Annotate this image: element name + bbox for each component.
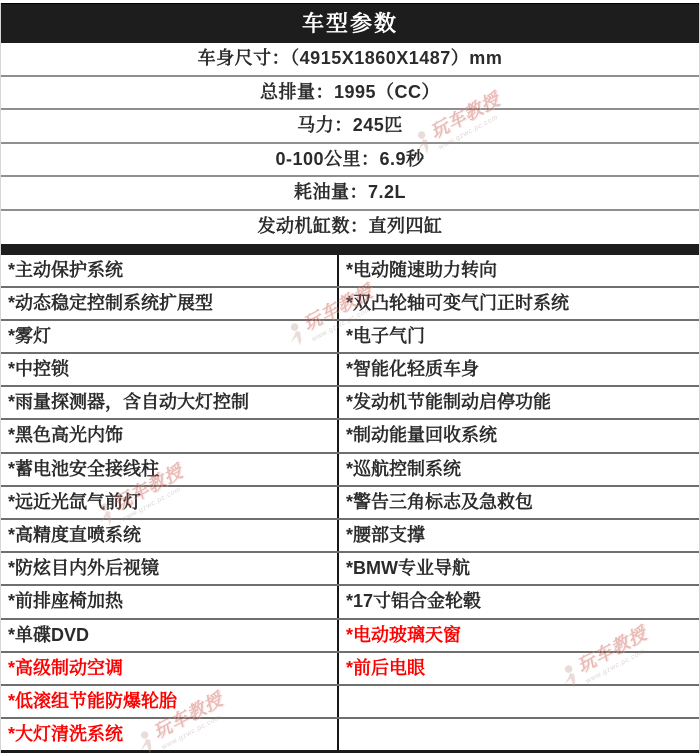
feature-cell-right — [339, 719, 699, 750]
feature-cell-left: *动态稳定控制系统扩展型 — [1, 288, 339, 319]
feature-cell-right: *警告三角标志及急救包 — [339, 487, 699, 518]
feature-cell-left: *高级制动空调 — [1, 653, 339, 684]
feature-cell-right: *双凸轮轴可变气门正时系统 — [339, 288, 699, 319]
feature-row: *蓄电池安全接线柱*巡航控制系统 — [1, 454, 699, 487]
feature-cell-left: *低滚组节能防爆轮胎 — [1, 686, 339, 717]
feature-row: *前排座椅加热*17寸铝合金轮毂 — [1, 586, 699, 619]
feature-cell-left: *雾灯 — [1, 321, 339, 352]
spec-row: 耗油量：7.2L — [1, 177, 699, 211]
feature-row: *主动保护系统*电动随速助力转向 — [1, 255, 699, 288]
section-divider — [1, 244, 699, 255]
feature-row: *动态稳定控制系统扩展型*双凸轮轴可变气门正时系统 — [1, 288, 699, 321]
spec-row: 发动机缸数：直列四缸 — [1, 211, 699, 244]
feature-cell-left: *远近光氙气前灯 — [1, 487, 339, 518]
feature-table: *主动保护系统*电动随速助力转向*动态稳定控制系统扩展型*双凸轮轴可变气门正时系… — [1, 255, 699, 754]
feature-cell-right: *17寸铝合金轮毂 — [339, 586, 699, 617]
feature-cell-right: *电动随速助力转向 — [339, 255, 699, 286]
feature-row: *防炫目内外后视镜*BMW专业导航 — [1, 553, 699, 586]
feature-row: *雾灯*电子气门 — [1, 321, 699, 354]
feature-cell-right: *前后电眼 — [339, 653, 699, 684]
spec-row: 马力：245匹 — [1, 110, 699, 144]
feature-cell-right: *发动机节能制动启停功能 — [339, 387, 699, 418]
feature-cell-right — [339, 686, 699, 717]
feature-cell-left: *中控锁 — [1, 354, 339, 385]
feature-cell-left: *蓄电池安全接线柱 — [1, 454, 339, 485]
feature-row: *低滚组节能防爆轮胎 — [1, 686, 699, 719]
feature-row: *高级制动空调*前后电眼 — [1, 653, 699, 686]
feature-cell-right: *电子气门 — [339, 321, 699, 352]
feature-cell-right: *智能化轻质车身 — [339, 354, 699, 385]
feature-row: *大灯清洗系统 — [1, 719, 699, 753]
feature-cell-left: *黑色高光内饰 — [1, 420, 339, 451]
spec-sheet: 车型参数 车身尺寸：（4915X1860X1487）mm总排量：1995（CC）… — [0, 3, 700, 753]
feature-row: *高精度直喷系统*腰部支撑 — [1, 520, 699, 553]
feature-cell-left: *大灯清洗系统 — [1, 719, 339, 750]
feature-row: *雨量探测器，含自动大灯控制*发动机节能制动启停功能 — [1, 387, 699, 420]
feature-row: *黑色高光内饰*制动能量回收系统 — [1, 420, 699, 453]
spec-section: 车身尺寸：（4915X1860X1487）mm总排量：1995（CC）马力：24… — [1, 43, 699, 244]
feature-cell-right: *电动玻璃天窗 — [339, 620, 699, 651]
feature-cell-right: *巡航控制系统 — [339, 454, 699, 485]
spec-row: 总排量：1995（CC） — [1, 77, 699, 111]
feature-cell-left: *雨量探测器，含自动大灯控制 — [1, 387, 339, 418]
feature-cell-left: *高精度直喷系统 — [1, 520, 339, 551]
table-title: 车型参数 — [1, 3, 699, 43]
feature-cell-left: *单碟DVD — [1, 620, 339, 651]
feature-cell-right: *腰部支撑 — [339, 520, 699, 551]
feature-cell-right: *制动能量回收系统 — [339, 420, 699, 451]
feature-cell-right: *BMW专业导航 — [339, 553, 699, 584]
feature-cell-left: *防炫目内外后视镜 — [1, 553, 339, 584]
feature-cell-left: *前排座椅加热 — [1, 586, 339, 617]
spec-row: 0-100公里：6.9秒 — [1, 144, 699, 178]
feature-cell-left: *主动保护系统 — [1, 255, 339, 286]
feature-row: *中控锁*智能化轻质车身 — [1, 354, 699, 387]
spec-row: 车身尺寸：（4915X1860X1487）mm — [1, 43, 699, 77]
feature-row: *远近光氙气前灯*警告三角标志及急救包 — [1, 487, 699, 520]
feature-row: *单碟DVD*电动玻璃天窗 — [1, 620, 699, 653]
